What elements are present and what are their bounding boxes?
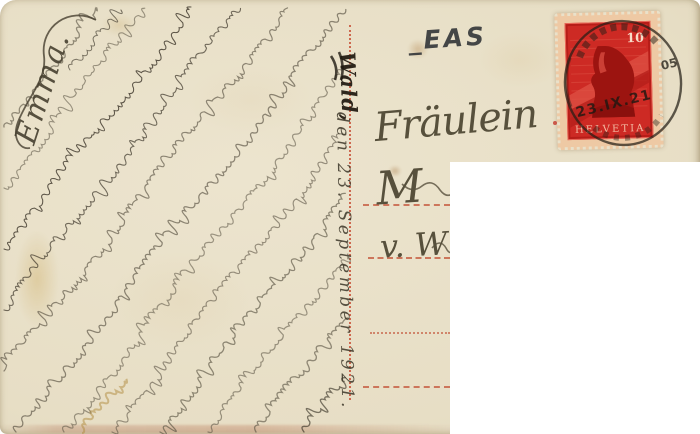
address-line2-fragment: v. W xyxy=(379,224,448,265)
redaction-overlay xyxy=(450,162,700,434)
address-ruling-line xyxy=(370,332,450,334)
red-ink-speck xyxy=(553,121,557,125)
address-ruling-line xyxy=(363,386,450,388)
stamp-country-label: HELVETIA xyxy=(575,123,646,136)
postage-stamp: 10 HELVETIA xyxy=(554,11,664,151)
address-line1-fragment: M xyxy=(374,158,425,215)
eas-annotation: _EAS xyxy=(407,21,488,55)
stamp-red-panel: 10 HELVETIA xyxy=(564,21,653,140)
postcard-photo: 10 HELVETIA _EAS Fräulein M v. W Emma. W… xyxy=(0,0,700,434)
stamp-portrait-icon: 10 HELVETIA xyxy=(566,22,653,139)
stamp-value: 10 xyxy=(626,30,644,45)
paper-edge-smear xyxy=(0,425,465,433)
postcard-divider-line xyxy=(349,25,351,400)
